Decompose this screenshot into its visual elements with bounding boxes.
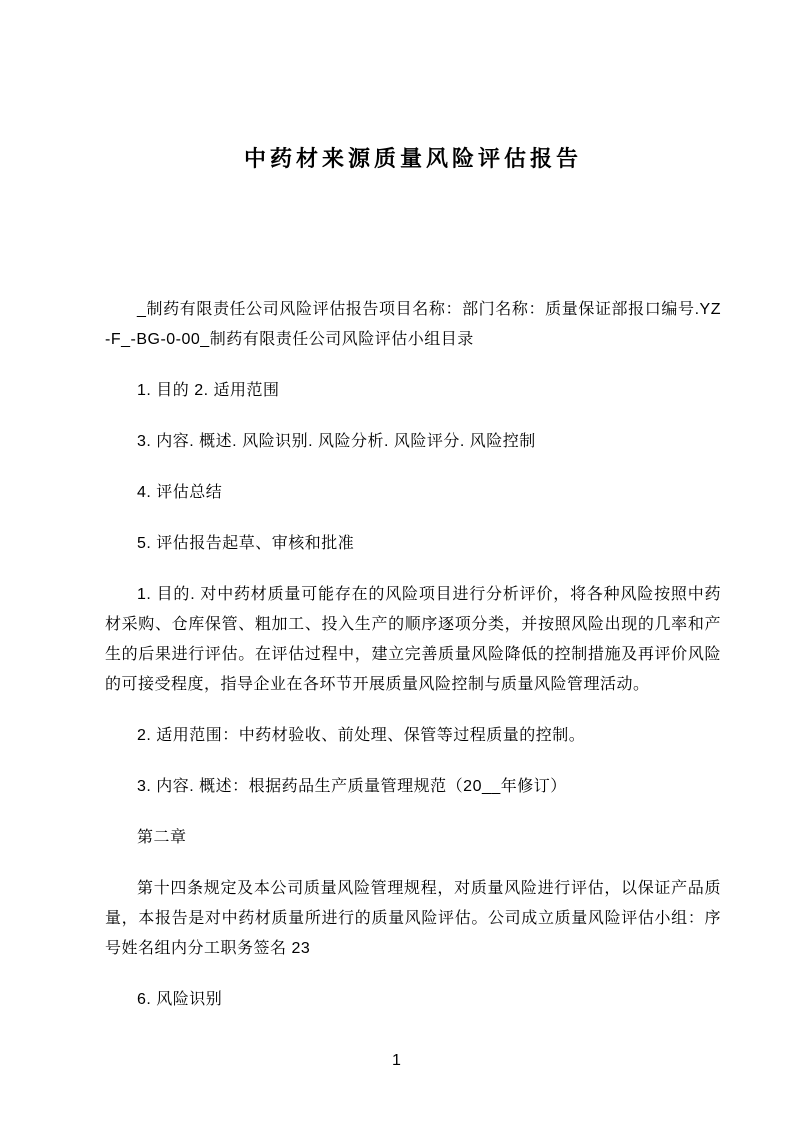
toc-line-draft-review-approval: 5. 评估报告起草、审核和批准 — [105, 529, 721, 559]
paragraph-report-header: _制药有限责任公司风险评估报告项目名称：部门名称：质量保证部报口编号.YZ-F_… — [105, 295, 721, 355]
page-number: 1 — [0, 1050, 793, 1072]
toc-line-content-sections: 3. 内容. 概述. 风险识别. 风险分析. 风险评分. 风险控制 — [105, 427, 721, 457]
paragraph-chapter-two: 第二章 — [105, 823, 721, 853]
paragraph-content-overview: 3. 内容. 概述：根据药品生产质量管理规范（20__年修订） — [105, 772, 721, 802]
paragraph-article-fourteen: 第十四条规定及本公司质量风险管理规程，对质量风险进行评估，以保证产品质量，本报告… — [105, 874, 721, 964]
paragraph-purpose: 1. 目的. 对中药材质量可能存在的风险项目进行分析评价，将各种风险按照中药材采… — [105, 580, 721, 700]
paragraph-risk-identification: 6. 风险识别 — [105, 985, 721, 1015]
toc-line-purpose-scope: 1. 目的 2. 适用范围 — [105, 376, 721, 406]
document-body: _制药有限责任公司风险评估报告项目名称：部门名称：质量保证部报口编号.YZ-F_… — [105, 295, 721, 1015]
paragraph-scope: 2. 适用范围：中药材验收、前处理、保管等过程质量的控制。 — [105, 721, 721, 751]
toc-line-assessment-summary: 4. 评估总结 — [105, 478, 721, 508]
document-title: 中药材来源质量风险评估报告 — [105, 143, 721, 175]
document-page: 中药材来源质量风险评估报告 _制药有限责任公司风险评估报告项目名称：部门名称：质… — [0, 0, 793, 1122]
